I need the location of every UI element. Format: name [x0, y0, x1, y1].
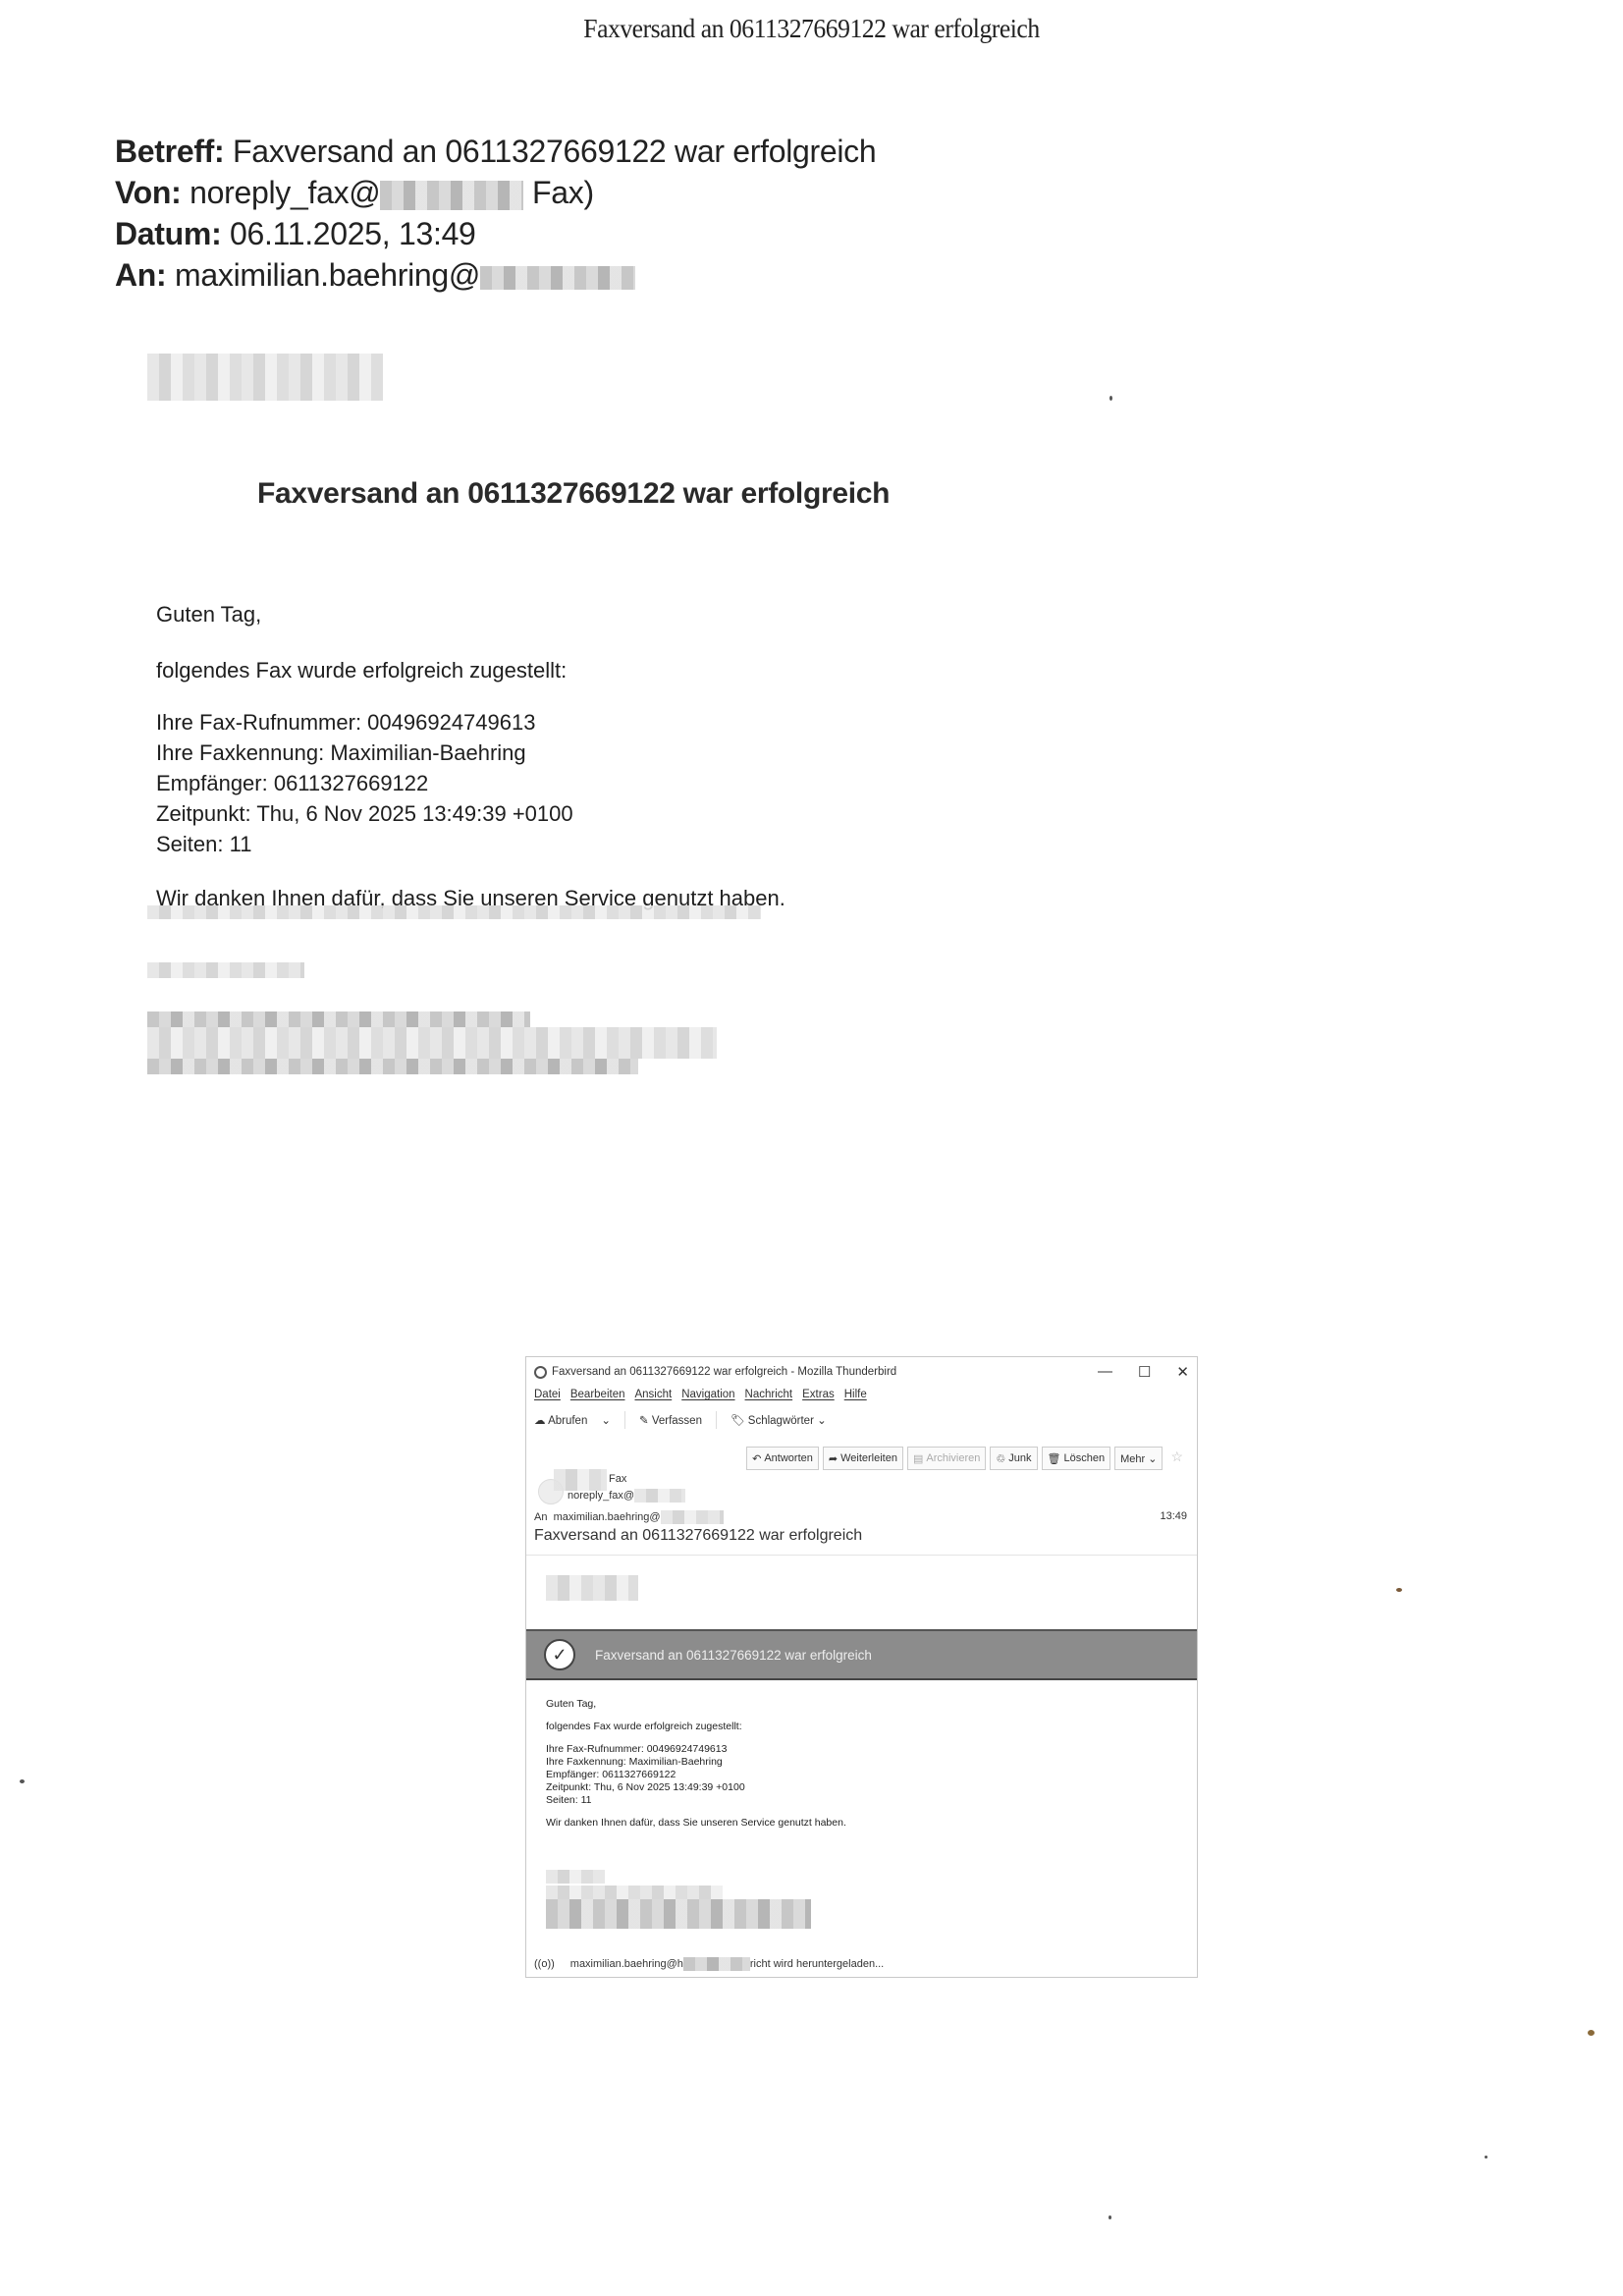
connection-icon: ((o))	[534, 1958, 555, 1970]
message-time: 13:49	[1160, 1510, 1187, 1522]
redacted-logo	[147, 354, 383, 401]
scan-speck	[20, 1779, 25, 1783]
header-divider	[526, 1555, 1197, 1556]
sender-name: Fax	[609, 1473, 626, 1485]
message-actions: ↶Antworten ➦Weiterleiten ▤Archivieren ♲J…	[526, 1447, 1197, 1470]
to-label: An	[534, 1511, 547, 1523]
scan-speck	[1588, 2030, 1595, 2036]
redacted-block	[546, 1886, 723, 1899]
to-email: maximilian.baehring@	[554, 1511, 661, 1523]
closing-line: Wir danken Ihnen dafür, dass Sie unseren…	[546, 1817, 846, 1830]
from-email: noreply_fax@	[189, 175, 380, 210]
redacted-signature-line	[147, 1011, 530, 1027]
cloud-download-icon: ☁	[534, 1415, 548, 1427]
to-label: An:	[115, 257, 166, 293]
menu-datei[interactable]: Datei	[534, 1389, 561, 1400]
success-banner: ✓ Faxversand an 0611327669122 war erfolg…	[526, 1629, 1197, 1680]
scan-speck	[1396, 1588, 1402, 1592]
banner-text: Faxversand an 0611327669122 war erfolgre…	[595, 1648, 872, 1663]
scan-speck	[1109, 2215, 1111, 2219]
detail-timestamp: Zeitpunkt: Thu, 6 Nov 2025 13:49:39 +010…	[156, 801, 573, 827]
detail-pages: Seiten: 11	[546, 1794, 846, 1807]
detail-fax-id: Ihre Faxkennung: Maximilian-Baehring	[546, 1756, 846, 1769]
status-account: maximilian.baehring@h	[570, 1958, 683, 1970]
window-title: Faxversand an 0611327669122 war erfolgre…	[552, 1366, 896, 1378]
message-subject: Faxversand an 0611327669122 war erfolgre…	[534, 1527, 862, 1545]
scan-speck	[1485, 2156, 1488, 2159]
email-heading: Faxversand an 0611327669122 war erfolgre…	[257, 477, 890, 511]
date-row: Datum: 06.11.2025, 13:49	[115, 216, 476, 252]
redacted-signature-line	[147, 1027, 717, 1059]
detail-recipient: Empfänger: 0611327669122	[546, 1769, 846, 1781]
subject-value: Faxversand an 0611327669122 war erfolgre…	[233, 134, 876, 169]
from-label: Von:	[115, 175, 182, 210]
forward-button[interactable]: ➦Weiterleiten	[823, 1447, 903, 1470]
redacted-block	[147, 905, 761, 919]
toolbar-divider	[716, 1411, 717, 1429]
reply-button[interactable]: ↶Antworten	[746, 1447, 819, 1470]
detail-fax-id: Ihre Faxkennung: Maximilian-Baehring	[156, 740, 526, 766]
archive-label: Archivieren	[926, 1452, 980, 1464]
reply-icon: ↶	[752, 1452, 761, 1465]
date-label: Datum:	[115, 216, 221, 251]
compose-button[interactable]: ✎ Verfassen	[639, 1413, 702, 1427]
tags-label: Schlagwörter ⌄	[748, 1415, 827, 1427]
menu-ansicht[interactable]: Ansicht	[634, 1389, 672, 1400]
from-row: Von: noreply_fax@ Fax)	[115, 175, 594, 211]
junk-label: Junk	[1008, 1452, 1031, 1464]
message-body: Guten Tag, folgendes Fax wurde erfolgrei…	[546, 1698, 846, 1839]
redacted-block	[480, 266, 635, 290]
to-row: An: maximilian.baehring@	[115, 257, 635, 294]
sender-email-text: noreply_fax@	[568, 1490, 634, 1502]
checkmark-icon: ✓	[544, 1639, 575, 1670]
get-mail-button[interactable]: ☁ Abrufen	[534, 1413, 587, 1427]
status-bar: ((o)) maximilian.baehring@hricht wird he…	[534, 1955, 1197, 1973]
tag-icon: 🏷	[730, 1415, 748, 1427]
detail-pages: Seiten: 11	[156, 832, 251, 857]
get-mail-dropdown[interactable]: ⌄	[601, 1413, 611, 1427]
detail-fax-number: Ihre Fax-Rufnummer: 00496924749613	[546, 1743, 846, 1756]
recipient-line: An maximilian.baehring@	[534, 1510, 724, 1524]
more-label: Mehr ⌄	[1120, 1452, 1157, 1465]
star-icon[interactable]: ☆	[1166, 1447, 1187, 1470]
menu-bearbeiten[interactable]: Bearbeiten	[570, 1389, 625, 1400]
minimize-icon[interactable]: —	[1098, 1363, 1112, 1381]
reply-label: Antworten	[764, 1452, 813, 1464]
scan-speck	[1109, 396, 1112, 401]
menu-bar: Datei Bearbeiten Ansicht Navigation Nach…	[526, 1385, 1197, 1404]
junk-icon: ♲	[996, 1452, 1005, 1465]
forward-label: Weiterleiten	[840, 1452, 897, 1464]
redacted-block	[546, 1870, 605, 1884]
print-page-title: Faxversand an 0611327669122 war erfolgre…	[40, 14, 1582, 44]
redacted-block	[634, 1489, 685, 1503]
tags-button[interactable]: 🏷 Schlagwörter ⌄	[730, 1413, 827, 1427]
to-email: maximilian.baehring@	[175, 257, 480, 293]
menu-hilfe[interactable]: Hilfe	[844, 1389, 867, 1400]
thunderbird-logo-icon	[534, 1366, 547, 1379]
subject-row: Betreff: Faxversand an 0611327669122 war…	[115, 134, 876, 170]
main-toolbar: ☁ Abrufen ⌄ ✎ Verfassen 🏷 Schlagwörter ⌄	[526, 1408, 1197, 1432]
archive-icon: ▤	[913, 1452, 923, 1465]
compose-label: Verfassen	[652, 1415, 702, 1427]
date-value: 06.11.2025, 13:49	[230, 216, 476, 251]
forward-icon: ➦	[829, 1452, 838, 1465]
redacted-block	[554, 1469, 607, 1491]
status-text: maximilian.baehring@hricht wird herunter…	[570, 1957, 884, 1971]
menu-extras[interactable]: Extras	[802, 1389, 835, 1400]
junk-button[interactable]: ♲Junk	[990, 1447, 1037, 1470]
greeting: Guten Tag,	[546, 1698, 846, 1711]
pencil-icon: ✎	[639, 1415, 652, 1427]
menu-navigation[interactable]: Navigation	[681, 1389, 734, 1400]
redacted-logo	[546, 1575, 638, 1601]
delete-button[interactable]: 🗑Löschen	[1042, 1447, 1111, 1470]
greeting: Guten Tag,	[156, 602, 261, 628]
trash-icon: 🗑	[1048, 1452, 1061, 1465]
close-icon[interactable]: ✕	[1176, 1363, 1189, 1381]
toolbar-divider	[624, 1411, 625, 1429]
detail-recipient: Empfänger: 0611327669122	[156, 771, 428, 796]
sender-email: noreply_fax@	[568, 1489, 685, 1503]
thunderbird-screenshot: Faxversand an 0611327669122 war erfolgre…	[525, 1356, 1198, 1978]
archive-button[interactable]: ▤Archivieren	[907, 1447, 986, 1470]
redacted-block	[546, 1899, 811, 1929]
maximize-icon[interactable]: ☐	[1138, 1363, 1151, 1381]
redacted-signature-name	[147, 962, 304, 978]
from-suffix: Fax)	[532, 175, 594, 210]
status-message: richt wird heruntergeladen...	[750, 1958, 884, 1970]
redacted-block	[380, 181, 523, 210]
detail-fax-number: Ihre Fax-Rufnummer: 00496924749613	[156, 710, 535, 736]
redacted-block	[661, 1510, 724, 1524]
intro-line: folgendes Fax wurde erfolgreich zugestel…	[156, 658, 567, 683]
intro-line: folgendes Fax wurde erfolgreich zugestel…	[546, 1721, 846, 1733]
delete-label: Löschen	[1064, 1452, 1106, 1464]
redacted-block	[683, 1957, 750, 1971]
redacted-signature-line	[147, 1059, 638, 1074]
get-mail-label: Abrufen	[548, 1415, 587, 1427]
menu-nachricht[interactable]: Nachricht	[745, 1389, 793, 1400]
subject-label: Betreff:	[115, 134, 224, 169]
detail-timestamp: Zeitpunkt: Thu, 6 Nov 2025 13:49:39 +010…	[546, 1781, 846, 1794]
title-bar: Faxversand an 0611327669122 war erfolgre…	[526, 1361, 1197, 1383]
more-button[interactable]: Mehr ⌄	[1114, 1447, 1163, 1470]
